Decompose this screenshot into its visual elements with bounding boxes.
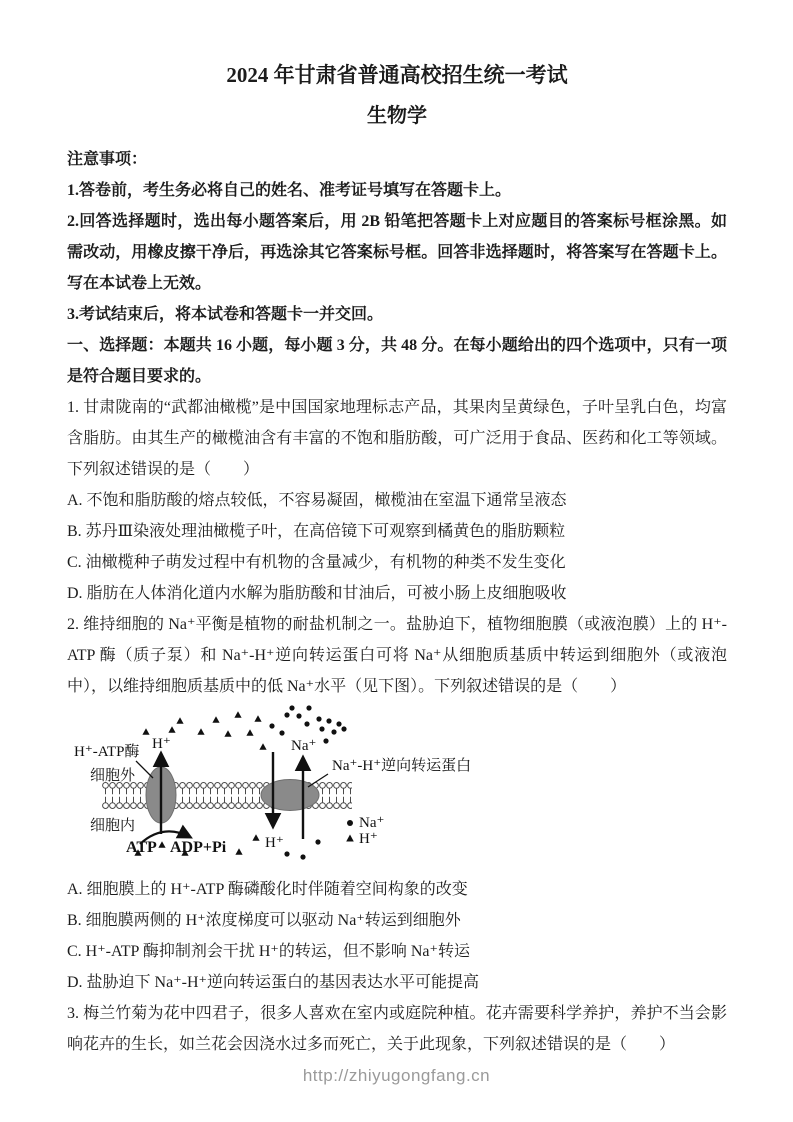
na-ion-dot-icon	[315, 839, 320, 844]
na-ion-dot-icon	[331, 729, 336, 734]
h-ion-triangle-icon	[176, 717, 183, 724]
h-ion-triangle-icon	[142, 728, 149, 735]
h-ion-triangle-icon	[158, 841, 165, 848]
h-ion-triangle-icon	[235, 848, 242, 855]
footer-url: http://zhiyugongfang.cn	[0, 1066, 793, 1086]
h-ion-triangle-icon	[254, 715, 261, 722]
legend-na-label: Na⁺	[359, 815, 384, 831]
adp-pi-label: ADP+Pi	[170, 840, 226, 856]
na-ion-dot-icon	[300, 854, 305, 859]
na-ion-dot-icon	[316, 716, 321, 721]
na-ion-dot-icon	[326, 718, 331, 723]
intracellular-label: 细胞内	[90, 818, 135, 834]
question-2-option-d: D. 盐胁迫下 Na⁺-H⁺逆向转运蛋白的基因表达水平可能提高	[67, 967, 727, 998]
question-2-option-b: B. 细胞膜两侧的 H⁺浓度梯度可以驱动 Na⁺转运到细胞外	[67, 905, 727, 936]
h-legend-triangle-icon	[346, 835, 354, 842]
h-ion-triangle-icon	[224, 730, 231, 737]
section-heading: 一、选择题：本题共 16 小题，每小题 3 分，共 48 分。在每小题给出的四个…	[67, 330, 727, 392]
na-legend-dot-icon	[347, 820, 353, 826]
question-1-stem: 1. 甘肃陇南的“武都油橄榄”是中国国家地理标志产品，其果肉呈黄绿色，子叶呈乳白…	[67, 392, 727, 485]
notice-item-2: 2.回答选择题时，选出每小题答案后，用 2B 铅笔把答题卡上对应题目的答案标号框…	[67, 206, 727, 299]
atp-label: ATP	[126, 840, 157, 856]
na-ion-dot-icon	[284, 851, 289, 856]
h-ion-triangle-icon	[246, 729, 253, 736]
question-1-option-c: C. 油橄榄种子萌发过程中有机物的含量减少，有机物的种类不发生变化	[67, 547, 727, 578]
h-ion-triangle-icon	[197, 728, 204, 735]
question-1-option-b: B. 苏丹Ⅲ染液处理油橄榄子叶，在高倍镜下可观察到橘黄色的脂肪颗粒	[67, 516, 727, 547]
h-ion-triangle-icon	[252, 834, 259, 841]
h-ion-top-label: H⁺	[152, 736, 171, 752]
na-ion-dot-icon	[323, 738, 328, 743]
question-3-stem: 3. 梅兰竹菊为花中四君子，很多人喜欢在室内或庭院种植。花卉需要科学养护，养护不…	[67, 998, 727, 1060]
h-ion-triangle-icon	[234, 711, 241, 718]
h-ion-triangle-icon	[168, 726, 175, 733]
question-1-option-a: A. 不饱和脂肪酸的熔点较低，不容易凝固，橄榄油在室温下通常呈液态	[67, 485, 727, 516]
question-2-option-c: C. H⁺-ATP 酶抑制剂会干扰 H⁺的转运，但不影响 Na⁺转运	[67, 936, 727, 967]
membrane-transport-diagram: H⁺-ATP酶 细胞外 细胞内 H⁺ ATP ADP+Pi H⁺ Na⁺ Na⁺…	[62, 704, 486, 874]
na-ion-top-label: Na⁺	[291, 738, 316, 754]
pump-pointer-line	[136, 761, 153, 778]
antiporter-shape	[261, 780, 319, 811]
question-1-option-d: D. 脂肪在人体消化道内水解为脂肪酸和甘油后，可被小肠上皮细胞吸收	[67, 578, 727, 609]
na-ion-dot-icon	[336, 721, 341, 726]
antiporter-label: Na⁺-H⁺逆向转运蛋白	[332, 758, 471, 774]
proton-pump-label: H⁺-ATP酶	[74, 744, 139, 760]
page-title: 2024 年甘肃省普通高校招生统一考试	[67, 62, 727, 89]
extracellular-label: 细胞外	[90, 768, 135, 784]
h-ion-bottom-label: H⁺	[265, 835, 284, 851]
na-ion-dot-icon	[289, 705, 294, 710]
question-2-stem: 2. 维持细胞的 Na⁺平衡是植物的耐盐机制之一。盐胁迫下，植物细胞膜（或液泡膜…	[67, 609, 727, 702]
na-ion-dot-icon	[296, 713, 301, 718]
h-ion-triangle-icon	[212, 716, 219, 723]
na-ion-dot-icon	[279, 730, 284, 735]
page-subject: 生物学	[67, 103, 727, 129]
na-ion-dot-icon	[304, 721, 309, 726]
notice-item-3: 3.考试结束后，将本试卷和答题卡一并交回。	[67, 299, 727, 330]
question-2-option-a: A. 细胞膜上的 H⁺-ATP 酶磷酸化时伴随着空间构象的改变	[67, 874, 727, 905]
exam-paper-page: 2024 年甘肃省普通高校招生统一考试 生物学 注意事项： 1.答卷前，考生务必…	[0, 0, 793, 1122]
legend-h-label: H⁺	[359, 831, 378, 847]
na-ion-dot-icon	[341, 726, 346, 731]
na-ion-dot-icon	[319, 726, 324, 731]
na-ion-dot-icon	[269, 723, 274, 728]
notice-heading: 注意事项：	[67, 144, 727, 175]
h-ion-triangle-icon	[259, 743, 266, 750]
na-ion-dot-icon	[306, 705, 311, 710]
notice-item-1: 1.答卷前，考生务必将自己的姓名、准考证号填写在答题卡上。	[67, 175, 727, 206]
na-ion-dot-icon	[284, 712, 289, 717]
